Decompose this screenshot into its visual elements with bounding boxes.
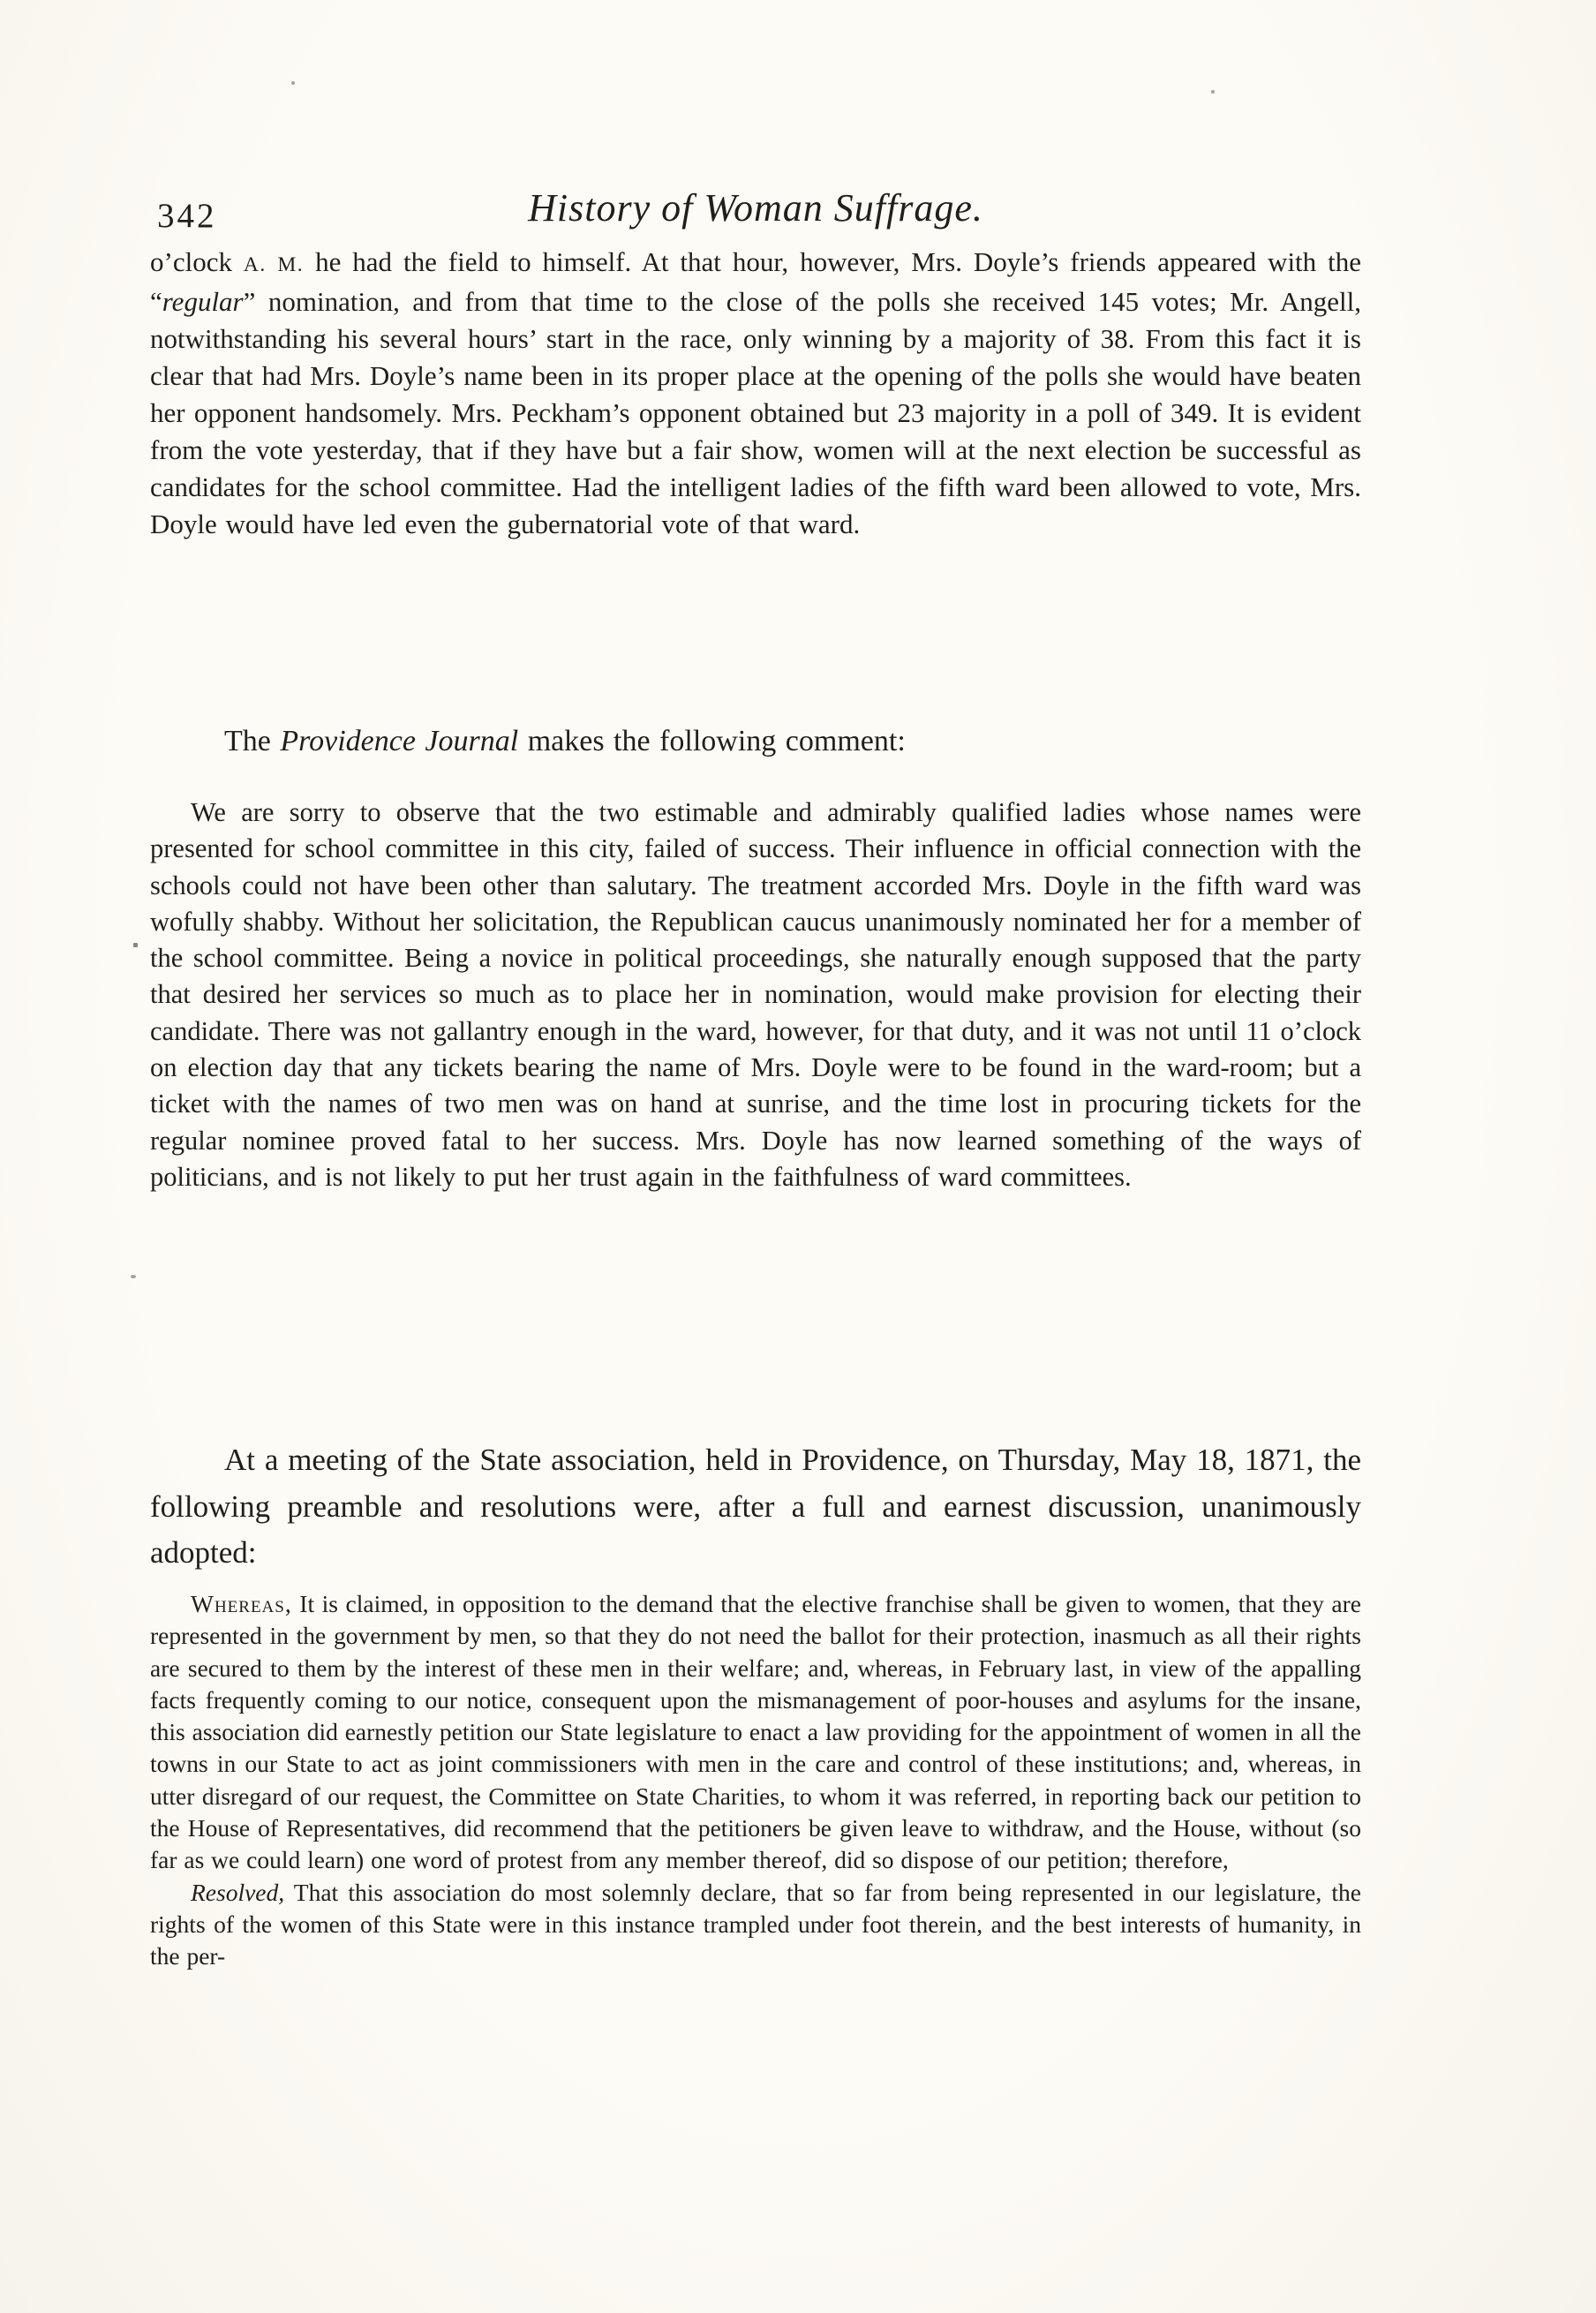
journal-quote-paragraph: We are sorry to observe that the two est… [150, 795, 1361, 1195]
book-page-scan: 342 History of Woman Suffrage. o’clock A… [0, 0, 1596, 2313]
body-paragraph-continued: o’clock A. M. he had the field to himsel… [150, 244, 1361, 543]
italic-word-regular: regular [162, 286, 244, 317]
scan-speck [131, 1275, 136, 1278]
scan-speck [291, 81, 295, 85]
resolutions-block: Whereas, It is claimed, in opposition to… [150, 1588, 1361, 1973]
scan-speck [133, 943, 138, 947]
small-caps-am: A. M. [244, 253, 304, 276]
resolved-paragraph: Resolved, That this association do most … [150, 1877, 1361, 1973]
journal-attribution-line: The Providence Journal makes the followi… [150, 720, 1361, 763]
running-title: History of Woman Suffrage. [150, 185, 1361, 230]
paragraph-text: ” nomination, and from that time to the … [150, 286, 1361, 539]
paragraph-text: o’clock [150, 246, 244, 277]
scan-speck [1211, 90, 1215, 94]
journal-name-italic: Providence Journal [280, 725, 518, 757]
attribution-text: The [224, 725, 280, 757]
page-number: 342 [157, 196, 217, 236]
resolved-text: That this association do most solemnly d… [150, 1879, 1361, 1970]
whereas-paragraph: Whereas, It is claimed, in opposition to… [150, 1588, 1361, 1877]
attribution-text: makes the following comment: [518, 725, 906, 757]
whereas-lead: Whereas, [191, 1590, 292, 1617]
page-header: 342 History of Woman Suffrage. [150, 185, 1361, 242]
meeting-paragraph: At a meeting of the State association, h… [150, 1437, 1361, 1577]
resolved-lead: Resolved, [191, 1879, 284, 1906]
whereas-text: It is claimed, in opposition to the dema… [150, 1590, 1361, 1873]
